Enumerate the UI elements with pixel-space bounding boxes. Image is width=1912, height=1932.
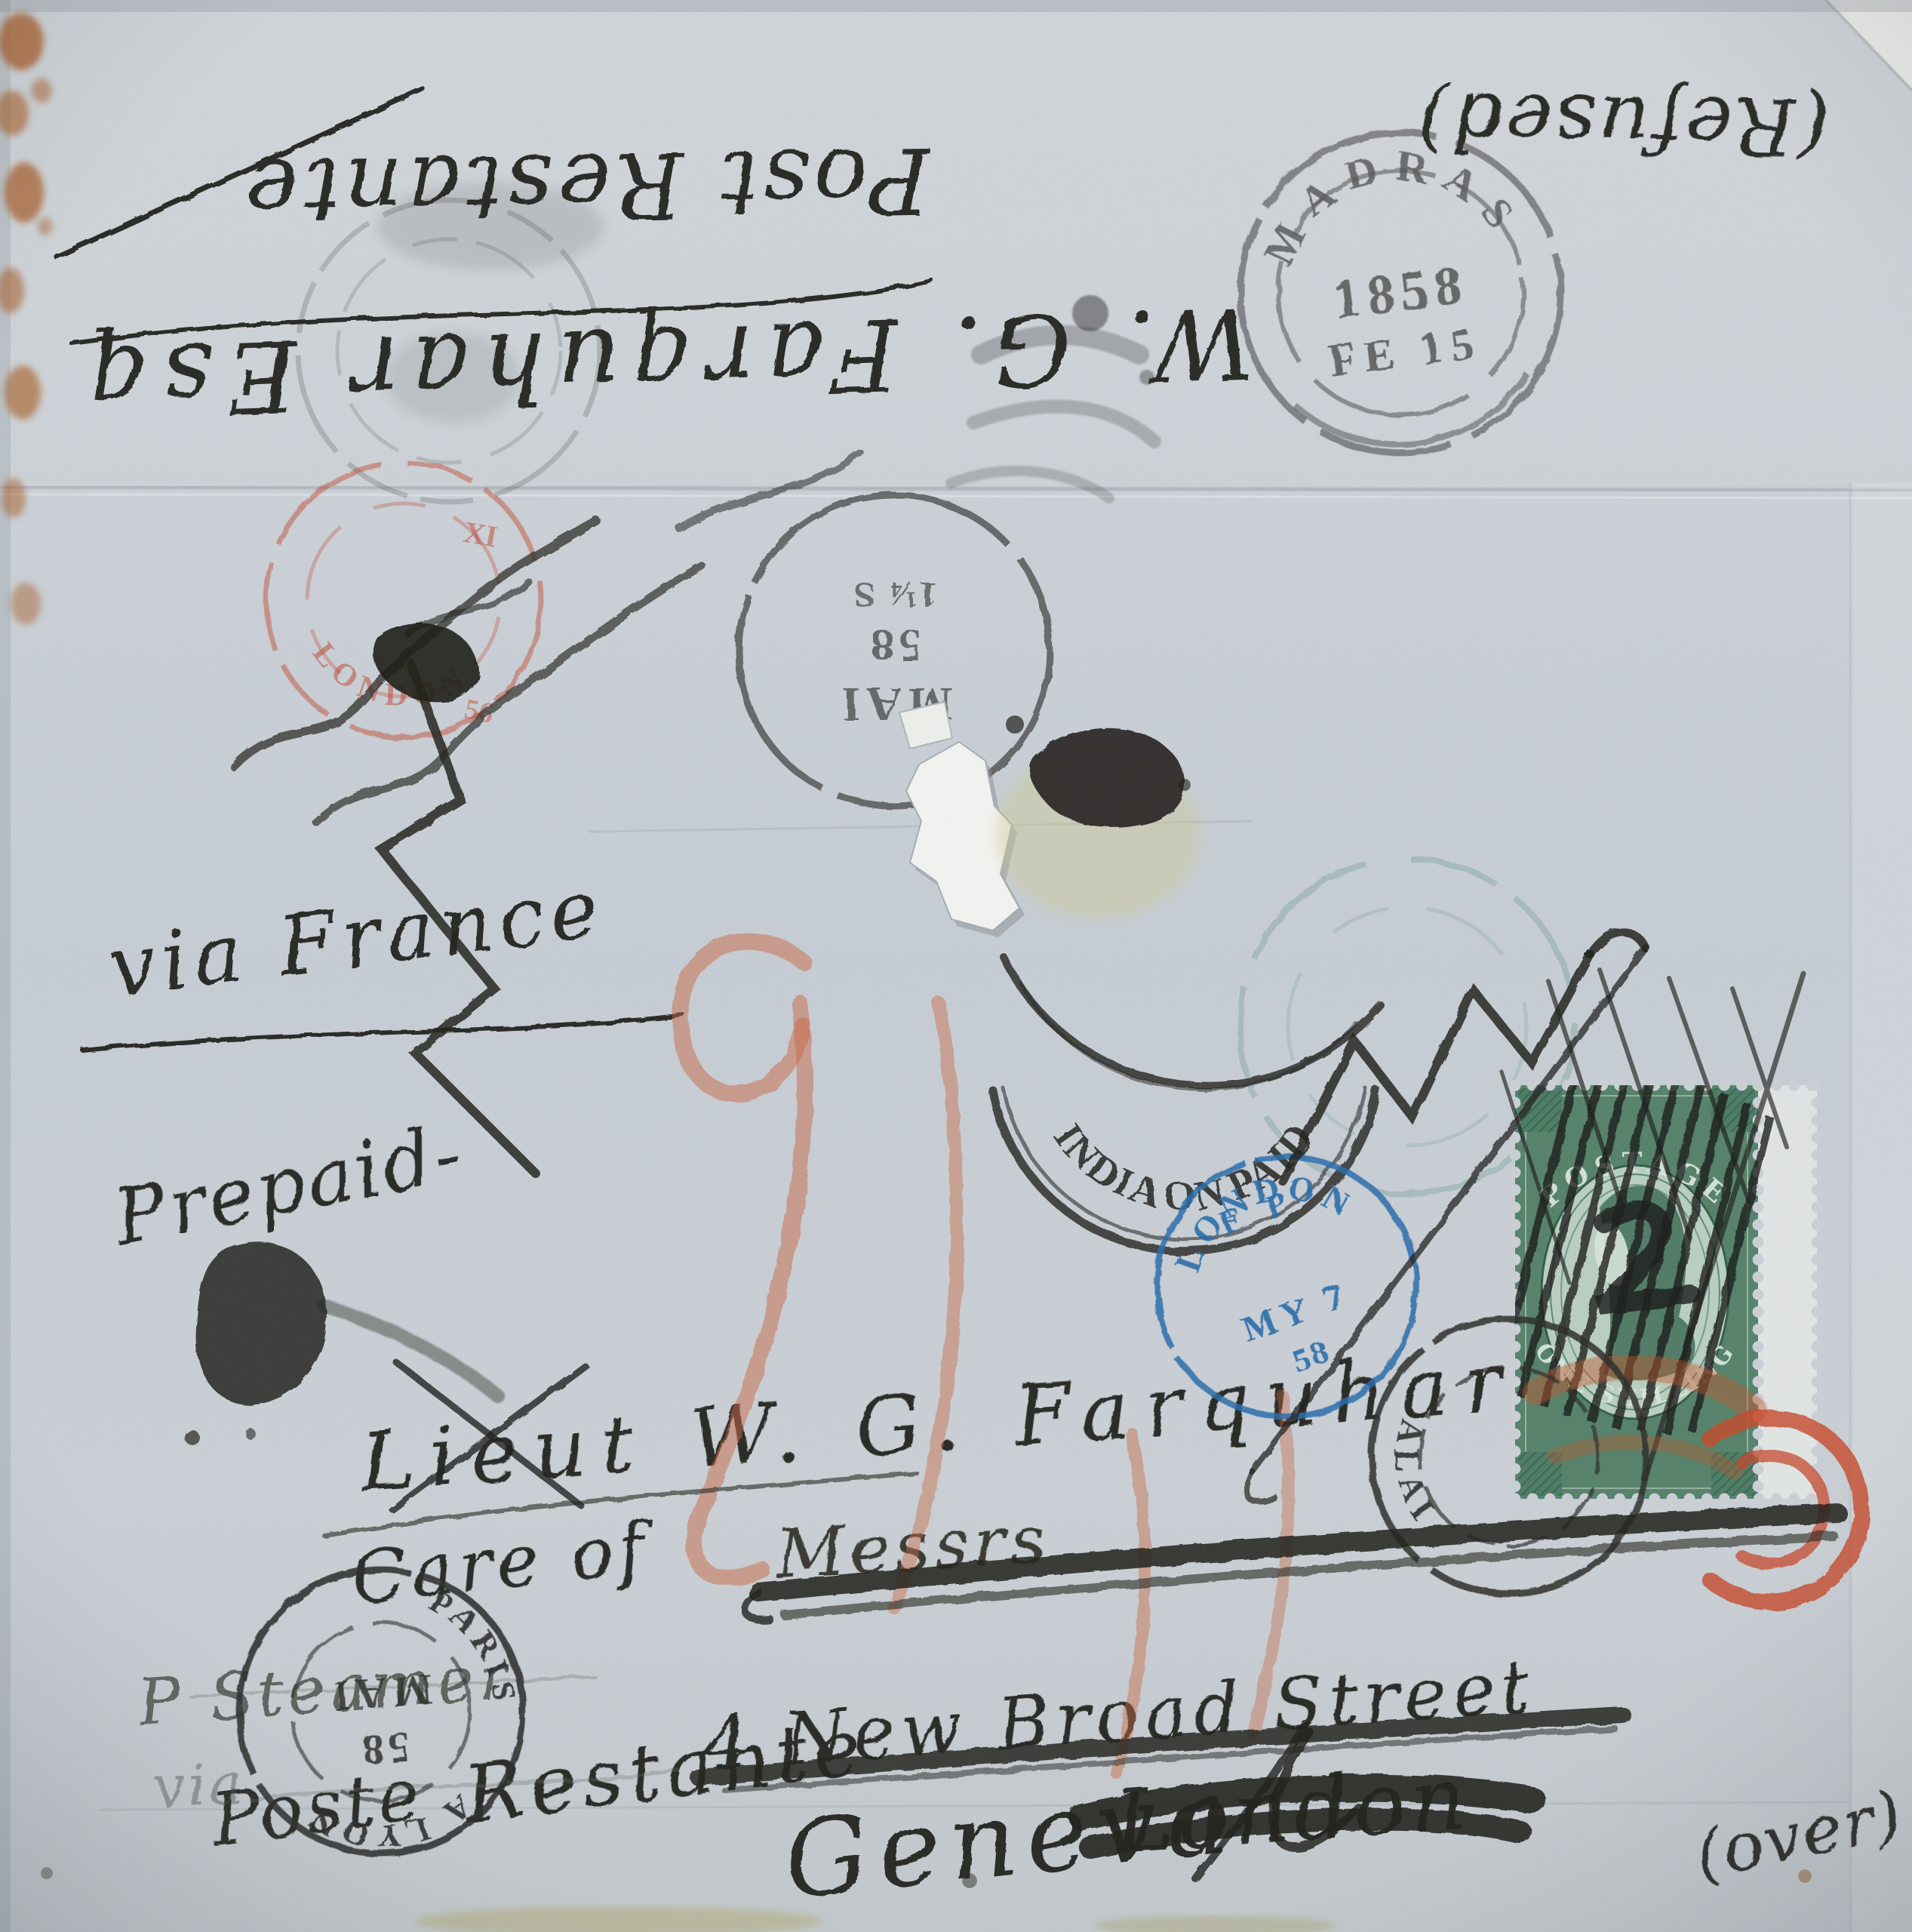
envelope-svg: LONDON XI 56 Post Restante W. G. Farquha… [0,0,1912,1932]
envelope-scan: LONDON XI 56 Post Restante W. G. Farquha… [0,0,1912,1932]
vignette [0,0,1912,1932]
